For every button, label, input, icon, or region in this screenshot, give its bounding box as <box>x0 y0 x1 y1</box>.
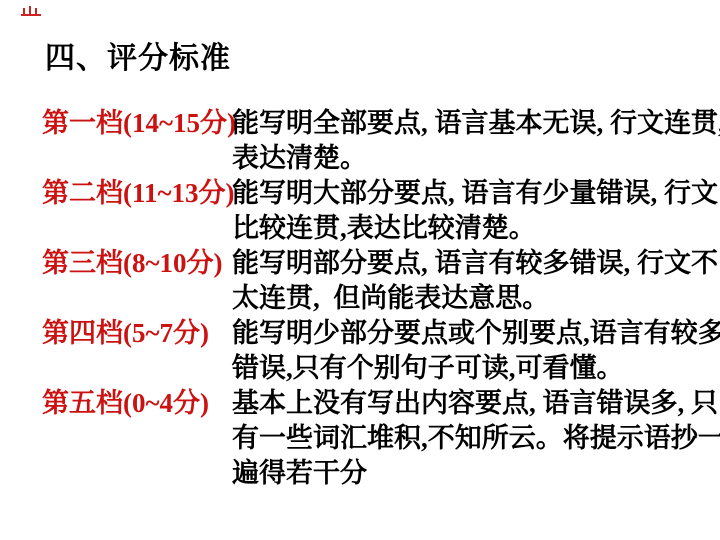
red-stamp-glyph <box>20 4 44 18</box>
rubric-row: 第二档(11~13分) 能写明大部分要点, 语言有少量错误, 行文比较连贯,表达… <box>42 176 682 246</box>
tier-description: 基本上没有写出内容要点, 语言错误多, 只有一些词汇堆积,不知所云。将提示语抄一… <box>232 386 682 491</box>
description-line: 能写明部分要点, 语言有较多错误, 行文不 <box>232 246 682 281</box>
rubric-row: 第四档(5~7分) 能写明少部分要点或个别要点,语言有较多错误,只有个别句子可读… <box>42 316 682 386</box>
tier-description: 能写明少部分要点或个别要点,语言有较多错误,只有个别句子可读,可看懂。 <box>232 316 682 386</box>
description-line: 能写明全部要点, 语言基本无误, 行文连贯, <box>232 106 682 141</box>
description-line: 能写明大部分要点, 语言有少量错误, 行文 <box>232 176 682 211</box>
page-title: 四、评分标准 <box>45 40 231 78</box>
tier-label: 第五档(0~4分) <box>42 386 232 421</box>
tier-label: 第四档(5~7分) <box>42 316 232 351</box>
description-line: 有一些词汇堆积,不知所云。将提示语抄一 <box>232 421 682 456</box>
rubric-row: 第一档(14~15分) 能写明全部要点, 语言基本无误, 行文连贯,表达清楚。 <box>42 106 682 176</box>
tier-label: 第一档(14~15分) <box>42 106 232 141</box>
description-line: 太连贯, 但尚能表达意思。 <box>232 281 682 316</box>
slide: 四、评分标准 第一档(14~15分) 能写明全部要点, 语言基本无误, 行文连贯… <box>0 0 720 540</box>
description-line: 表达清楚。 <box>232 141 682 176</box>
rubric-row: 第五档(0~4分) 基本上没有写出内容要点, 语言错误多, 只有一些词汇堆积,不… <box>42 386 682 491</box>
description-line: 基本上没有写出内容要点, 语言错误多, 只 <box>232 386 682 421</box>
tier-description: 能写明全部要点, 语言基本无误, 行文连贯,表达清楚。 <box>232 106 682 176</box>
description-line: 能写明少部分要点或个别要点,语言有较多 <box>232 316 682 351</box>
tier-description: 能写明部分要点, 语言有较多错误, 行文不太连贯, 但尚能表达意思。 <box>232 246 682 316</box>
rubric-list: 第一档(14~15分) 能写明全部要点, 语言基本无误, 行文连贯,表达清楚。 … <box>42 106 682 491</box>
description-line: 遍得若干分 <box>232 456 682 491</box>
tier-description: 能写明大部分要点, 语言有少量错误, 行文比较连贯,表达比较清楚。 <box>232 176 682 246</box>
description-line: 比较连贯,表达比较清楚。 <box>232 211 682 246</box>
rubric-row: 第三档(8~10分) 能写明部分要点, 语言有较多错误, 行文不太连贯, 但尚能… <box>42 246 682 316</box>
tier-label: 第三档(8~10分) <box>42 246 232 281</box>
description-line: 错误,只有个别句子可读,可看懂。 <box>232 351 682 386</box>
tier-label: 第二档(11~13分) <box>42 176 232 211</box>
red-stamp-icon <box>20 4 44 18</box>
